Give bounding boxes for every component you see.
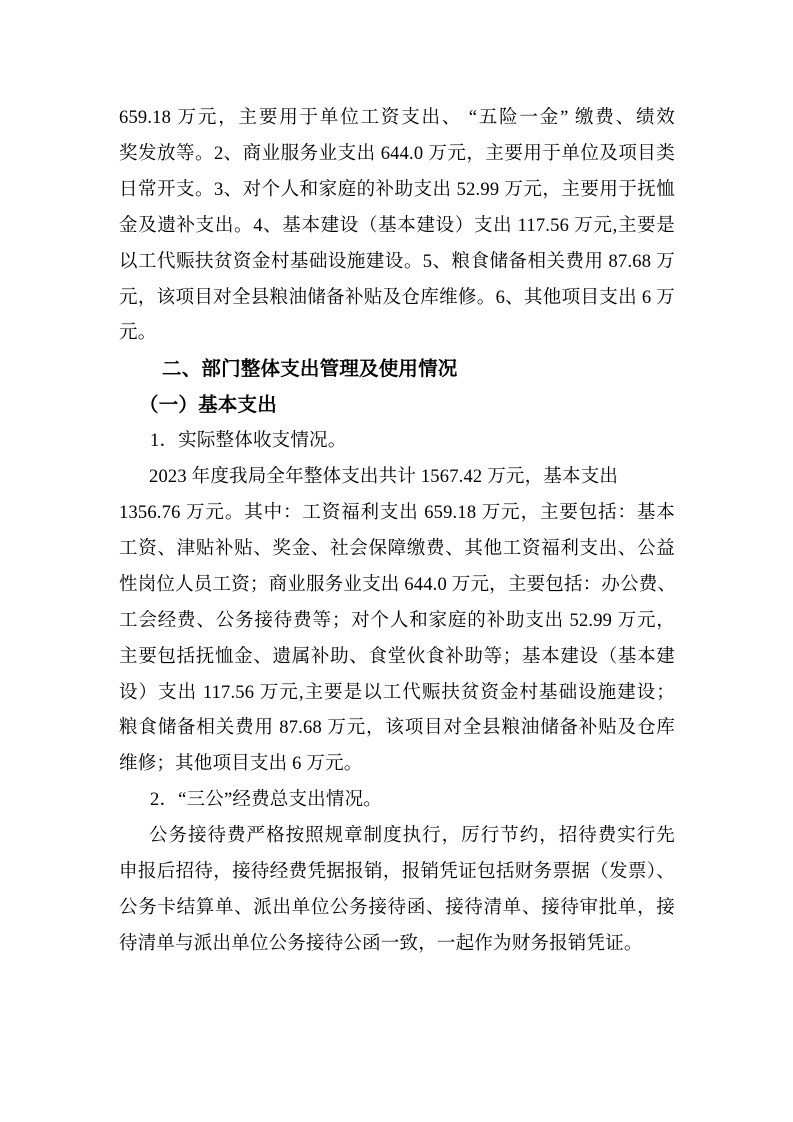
doc-line: 元。	[119, 316, 675, 352]
doc-line: 工会经费、公务接待费等；对个人和家庭的补助支出 52.99 万元，	[119, 604, 675, 640]
section-heading: 二、部门整体支出管理及使用情况	[119, 352, 675, 388]
doc-line: 金及遗补支出。4、基本建设（基本建设）支出 117.56 万元,主要是	[119, 209, 675, 245]
doc-line: 日常开支。3、对个人和家庭的补助支出 52.99 万元，主要用于抚恤	[119, 173, 675, 209]
doc-line: 性岗位人员工资；商业服务业支出 644.0 万元，主要包括：办公费、	[119, 568, 675, 604]
doc-line: 主要包括抚恤金、遗属补助、食堂伙食补助等；基本建设（基本建	[119, 640, 675, 676]
doc-line: 2023 年度我局全年整体支出共计 1567.42 万元，基本支出	[119, 460, 675, 496]
doc-line: 待清单与派出单位公务接待公函一致，一起作为财务报销凭证。	[119, 927, 675, 963]
doc-line: 申报后招待，接待经费凭据报销，报销凭证包括财务票据（发票）、	[119, 855, 675, 891]
doc-line: 工资、津贴补贴、奖金、社会保障缴费、其他工资福利支出、公益	[119, 532, 675, 568]
doc-line: 粮食储备相关费用 87.68 万元，该项目对全县粮油储备补贴及仓库	[119, 711, 675, 747]
doc-line: 维修；其他项目支出 6 万元。	[119, 747, 675, 783]
document-body: 659.18 万元，主要用于单位工资支出、 “五险一金” 缴费、绩效 奖发放等。…	[0, 0, 793, 963]
doc-line: 公务卡结算单、派出单位公务接待函、接待清单、接待审批单，接	[119, 891, 675, 927]
doc-line: 奖发放等。2、商业服务业支出 644.0 万元，主要用于单位及项目类	[119, 137, 675, 173]
subsection-heading: （一）基本支出	[119, 388, 675, 424]
doc-line: 659.18 万元，主要用于单位工资支出、 “五险一金” 缴费、绩效	[119, 101, 675, 137]
doc-line: 设）支出 117.56 万元,主要是以工代赈扶贫资金村基础设施建设；	[119, 676, 675, 712]
doc-line: 元，该项目对全县粮油储备补贴及仓库维修。6、其他项目支出 6 万	[119, 281, 675, 317]
report-page: 659.18 万元，主要用于单位工资支出、 “五险一金” 缴费、绩效 奖发放等。…	[0, 0, 793, 1122]
numbered-item-heading: 2．“三公”经费总支出情况。	[119, 783, 675, 819]
numbered-item-heading: 1．实际整体收支情况。	[119, 424, 675, 460]
doc-line: 1356.76 万元。其中：工资福利支出 659.18 万元，主要包括：基本	[119, 496, 675, 532]
doc-line: 以工代赈扶贫资金村基础设施建设。5、粮食储备相关费用 87.68 万	[119, 245, 675, 281]
doc-line: 公务接待费严格按照规章制度执行，厉行节约，招待费实行先	[119, 819, 675, 855]
